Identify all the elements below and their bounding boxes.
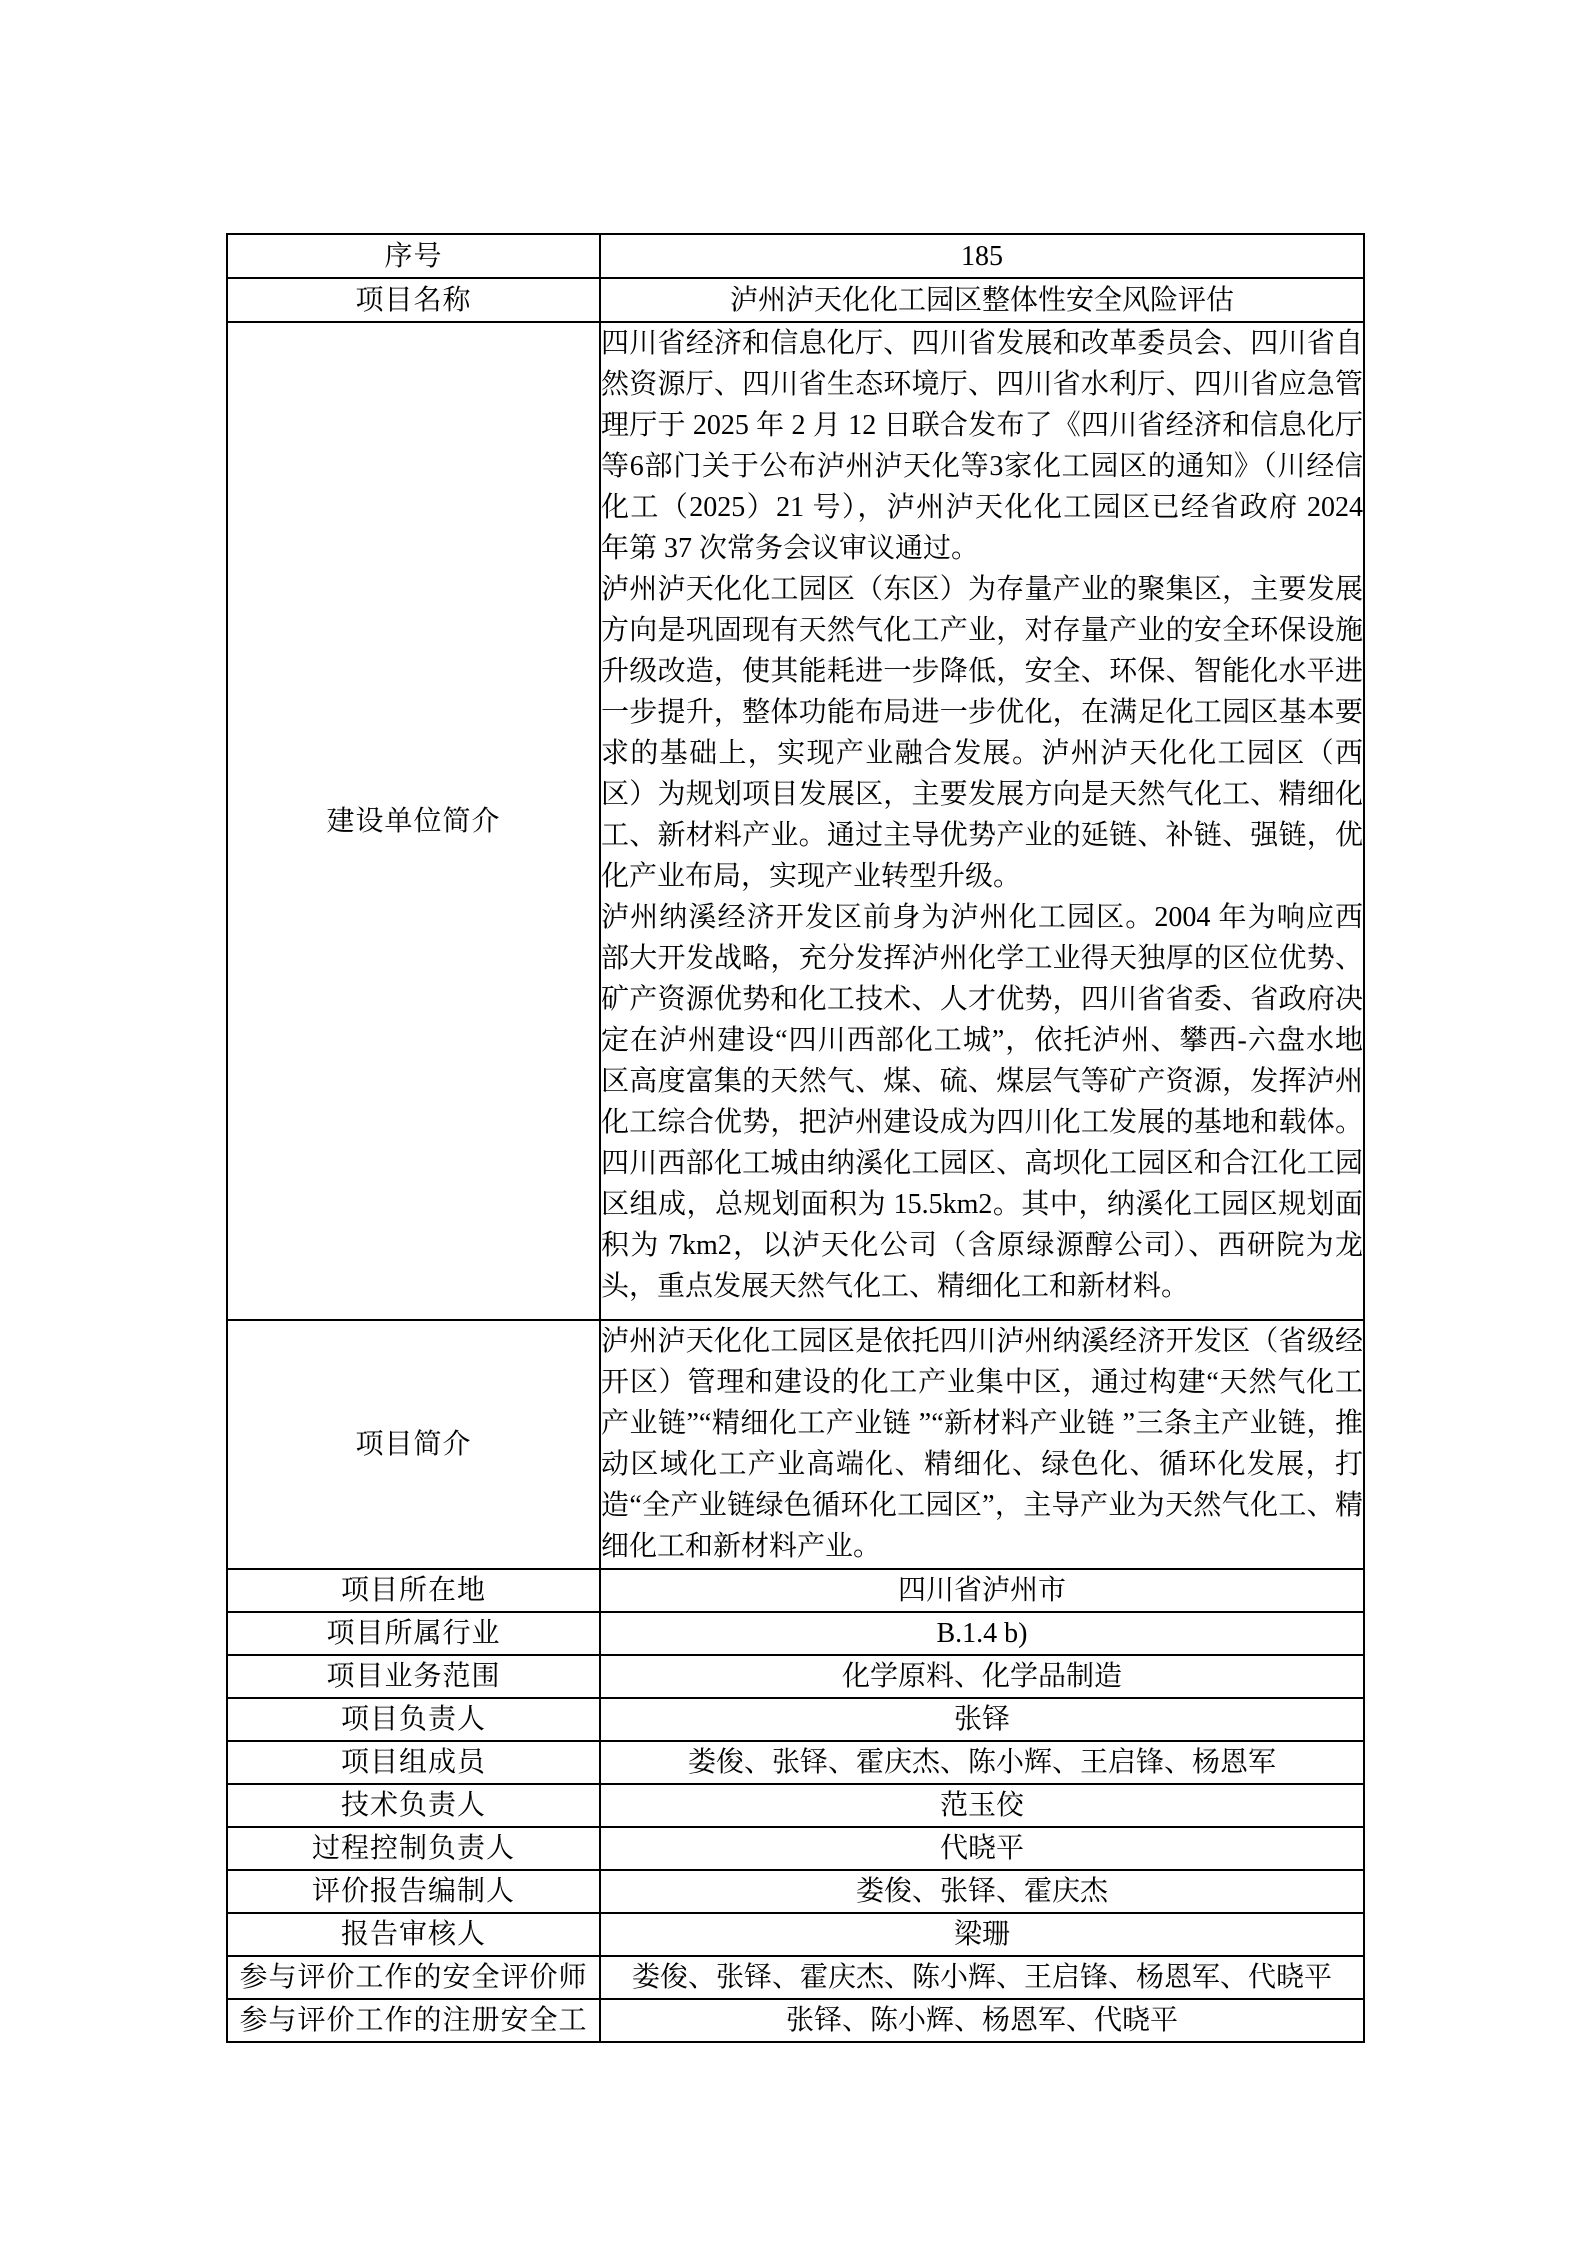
table-row: 项目名称 泸州泸天化化工园区整体性安全风险评估 [227, 278, 1364, 322]
row-label-report-reviewer: 报告审核人 [227, 1913, 600, 1956]
row-value-project-industry: B.1.4 b) [600, 1612, 1364, 1655]
table-row: 项目组成员 娄俊、张铎、霍庆杰、陈小辉、王启锋、杨恩军 [227, 1741, 1364, 1784]
org-intro-paragraph-3: 泸州纳溪经济开发区前身为泸州化工园区。2004 年为响应西部大开发战略，充分发挥… [601, 897, 1363, 1307]
org-intro-paragraph-2: 泸州泸天化化工园区（东区）为存量产业的聚集区，主要发展方向是巩固现有天然气化工产… [601, 569, 1363, 897]
row-value-project-location: 四川省泸州市 [600, 1569, 1364, 1612]
row-label-project-intro: 项目简介 [227, 1320, 600, 1569]
row-label-project-leader: 项目负责人 [227, 1698, 600, 1741]
table-row: 过程控制负责人 代晓平 [227, 1827, 1364, 1870]
row-label-technical-leader: 技术负责人 [227, 1784, 600, 1827]
org-intro-paragraph-1: 四川省经济和信息化厅、四川省发展和改革委员会、四川省自然资源厅、四川省生态环境厅… [601, 323, 1363, 569]
row-value-registered-safety-engineers: 张铎、陈小辉、杨恩军、代晓平 [600, 1999, 1364, 2042]
row-value-report-reviewer: 梁珊 [600, 1913, 1364, 1956]
table-row: 技术负责人 范玉佼 [227, 1784, 1364, 1827]
document-page: 序号 185 项目名称 泸州泸天化化工园区整体性安全风险评估 建设单位简介 四川… [0, 0, 1587, 2245]
table-row: 项目简介 泸州泸天化化工园区是依托四川泸州纳溪经济开发区（省级经开区）管理和建设… [227, 1320, 1364, 1569]
row-value-project-name: 泸州泸天化化工园区整体性安全风险评估 [600, 278, 1364, 322]
row-value-project-leader: 张铎 [600, 1698, 1364, 1741]
row-label-report-authors: 评价报告编制人 [227, 1870, 600, 1913]
project-intro-paragraph-1: 泸州泸天化化工园区是依托四川泸州纳溪经济开发区（省级经开区）管理和建设的化工产业… [601, 1321, 1363, 1567]
row-label-business-scope: 项目业务范围 [227, 1655, 600, 1698]
row-label-project-industry: 项目所属行业 [227, 1612, 600, 1655]
row-value-technical-leader: 范玉佼 [600, 1784, 1364, 1827]
row-value-project-intro: 泸州泸天化化工园区是依托四川泸州纳溪经济开发区（省级经开区）管理和建设的化工产业… [600, 1320, 1364, 1569]
row-value-business-scope: 化学原料、化学品制造 [600, 1655, 1364, 1698]
table-row: 项目所在地 四川省泸州市 [227, 1569, 1364, 1612]
row-value-org-intro: 四川省经济和信息化厅、四川省发展和改革委员会、四川省自然资源厅、四川省生态环境厅… [600, 322, 1364, 1320]
table-row: 报告审核人 梁珊 [227, 1913, 1364, 1956]
table-row: 参与评价工作的注册安全工 张铎、陈小辉、杨恩军、代晓平 [227, 1999, 1364, 2042]
row-value-project-members: 娄俊、张铎、霍庆杰、陈小辉、王启锋、杨恩军 [600, 1741, 1364, 1784]
table-row: 项目负责人 张铎 [227, 1698, 1364, 1741]
table-row: 参与评价工作的安全评价师 娄俊、张铎、霍庆杰、陈小辉、王启锋、杨恩军、代晓平 [227, 1956, 1364, 1999]
row-label-project-members: 项目组成员 [227, 1741, 600, 1784]
row-value-process-control-leader: 代晓平 [600, 1827, 1364, 1870]
table-row: 项目业务范围 化学原料、化学品制造 [227, 1655, 1364, 1698]
row-label-project-name: 项目名称 [227, 278, 600, 322]
row-label-project-location: 项目所在地 [227, 1569, 600, 1612]
table-row: 建设单位简介 四川省经济和信息化厅、四川省发展和改革委员会、四川省自然资源厅、四… [227, 322, 1364, 1320]
table-row: 评价报告编制人 娄俊、张铎、霍庆杰 [227, 1870, 1364, 1913]
row-label-org-intro: 建设单位简介 [227, 322, 600, 1320]
row-value-report-authors: 娄俊、张铎、霍庆杰 [600, 1870, 1364, 1913]
project-info-table: 序号 185 项目名称 泸州泸天化化工园区整体性安全风险评估 建设单位简介 四川… [226, 233, 1365, 2043]
table-row: 序号 185 [227, 234, 1364, 278]
row-value-serial-number: 185 [600, 234, 1364, 278]
row-label-serial-number: 序号 [227, 234, 600, 278]
table-row: 项目所属行业 B.1.4 b) [227, 1612, 1364, 1655]
row-value-safety-assessors: 娄俊、张铎、霍庆杰、陈小辉、王启锋、杨恩军、代晓平 [600, 1956, 1364, 1999]
row-label-safety-assessors: 参与评价工作的安全评价师 [227, 1956, 600, 1999]
row-label-process-control-leader: 过程控制负责人 [227, 1827, 600, 1870]
row-label-registered-safety-engineers: 参与评价工作的注册安全工 [227, 1999, 600, 2042]
